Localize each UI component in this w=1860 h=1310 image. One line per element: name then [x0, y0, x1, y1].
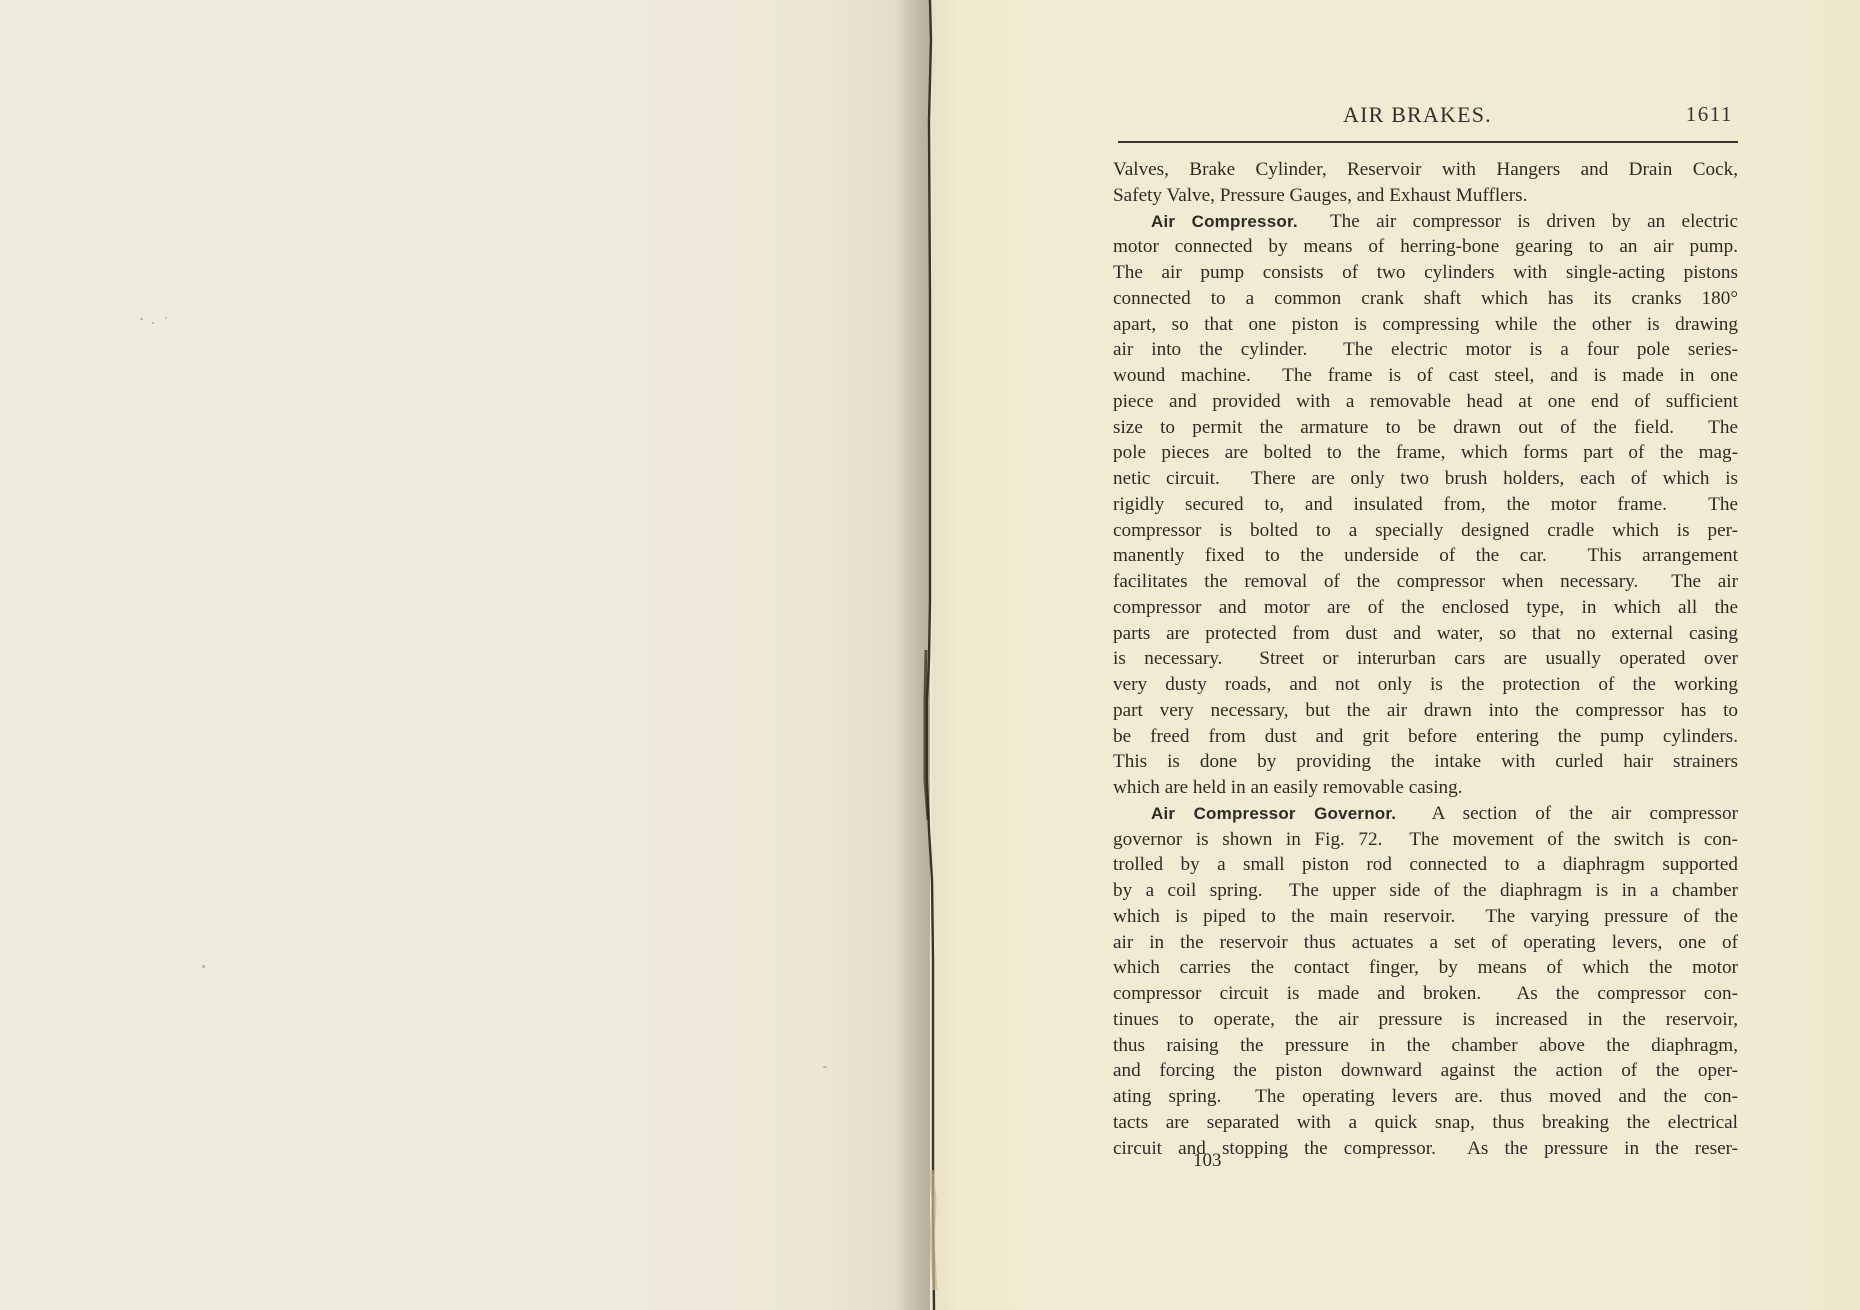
text-line: air in the reservoir thus actuates a set…: [1113, 930, 1738, 956]
text-line: ating spring. The operating levers are. …: [1113, 1084, 1738, 1110]
line-text: compressor and motor are of the enclosed…: [1113, 597, 1738, 618]
line-text: tacts are separated with a quick snap, t…: [1113, 1112, 1738, 1133]
line-text: The air pump consists of two cylinders w…: [1113, 262, 1738, 283]
text-line: piece and provided with a removable head…: [1113, 389, 1738, 415]
line-text: is necessary. Street or interurban cars …: [1113, 648, 1738, 669]
text-line: The air pump consists of two cylinders w…: [1113, 260, 1738, 286]
text-line: which are held in an easily removable ca…: [1113, 775, 1738, 801]
running-head-title: AIR BRAKES.: [1343, 102, 1492, 128]
text-line: motor connected by means of herring-bone…: [1113, 234, 1738, 260]
line-text: part very necessary, but the air drawn i…: [1113, 700, 1738, 721]
text-line: air into the cylinder. The electric moto…: [1113, 337, 1738, 363]
line-text: thus raising the pressure in the chamber…: [1113, 1035, 1738, 1056]
line-text: by a coil spring. The upper side of the …: [1113, 880, 1738, 901]
line-text: be freed from dust and grit before enter…: [1113, 726, 1738, 747]
line-text: rigidly secured to, and insulated from, …: [1113, 494, 1738, 515]
line-text: trolled by a small piston rod connected …: [1113, 854, 1738, 875]
line-text: very dusty roads, and not only is the pr…: [1113, 674, 1738, 695]
line-text: This is done by providing the intake wit…: [1113, 751, 1738, 772]
body-text: Valves, Brake Cylinder, Reservoir with H…: [1113, 157, 1738, 1161]
text-line: apart, so that one piston is compressing…: [1113, 312, 1738, 338]
text-line: tinues to operate, the air pressure is i…: [1113, 1007, 1738, 1033]
text-line: size to permit the armature to be drawn …: [1113, 415, 1738, 441]
text-line: manently fixed to the underside of the c…: [1113, 543, 1738, 569]
running-head: AIR BRAKES. 1611: [1118, 102, 1738, 136]
text-line: rigidly secured to, and insulated from, …: [1113, 492, 1738, 518]
paper-speck: [823, 1066, 827, 1068]
header-rule: [1118, 141, 1738, 143]
line-text: pole pieces are bolted to the frame, whi…: [1113, 442, 1738, 463]
paper-speck: [202, 965, 205, 968]
line-text: parts are protected from dust and water,…: [1113, 623, 1738, 644]
line-text: facilitates the removal of the compresso…: [1113, 571, 1738, 592]
line-text: size to permit the armature to be drawn …: [1113, 417, 1738, 438]
line-text: air in the reservoir thus actuates a set…: [1113, 932, 1738, 953]
paper-speck: [152, 322, 154, 324]
text-line: governor is shown in Fig. 72. The moveme…: [1113, 827, 1738, 853]
line-text: connected to a common crank shaft which …: [1113, 288, 1738, 309]
text-line: and forcing the piston downward against …: [1113, 1058, 1738, 1084]
section-heading: Air Compressor Governor.: [1151, 804, 1396, 823]
text-line: part very necessary, but the air drawn i…: [1113, 698, 1738, 724]
line-text: ating spring. The operating levers are. …: [1113, 1086, 1738, 1107]
left-page-blank: [0, 0, 930, 1310]
section-heading: Air Compressor.: [1151, 212, 1298, 231]
text-line: is necessary. Street or interurban cars …: [1113, 646, 1738, 672]
text-line: which is piped to the main reservoir. Th…: [1113, 904, 1738, 930]
line-text: A section of the air compressor: [1396, 803, 1738, 824]
line-text: compressor circuit is made and broken. A…: [1113, 983, 1738, 1004]
text-line: compressor circuit is made and broken. A…: [1113, 981, 1738, 1007]
text-line: Safety Valve, Pressure Gauges, and Exhau…: [1113, 183, 1738, 209]
text-line: pole pieces are bolted to the frame, whi…: [1113, 440, 1738, 466]
text-line: by a coil spring. The upper side of the …: [1113, 878, 1738, 904]
page-number: 1611: [1686, 102, 1733, 127]
line-text: apart, so that one piston is compressing…: [1113, 314, 1738, 335]
line-text: netic circuit. There are only two brush …: [1113, 468, 1738, 489]
line-text: tinues to operate, the air pressure is i…: [1113, 1009, 1738, 1030]
text-line: connected to a common crank shaft which …: [1113, 286, 1738, 312]
text-line: tacts are separated with a quick snap, t…: [1113, 1110, 1738, 1136]
paragraph-start-line: Air Compressor. The air compressor is dr…: [1113, 209, 1738, 235]
paper-speck: [165, 317, 167, 319]
text-line: compressor and motor are of the enclosed…: [1113, 595, 1738, 621]
paper-speck: [140, 318, 143, 320]
text-line: very dusty roads, and not only is the pr…: [1113, 672, 1738, 698]
text-line: facilitates the removal of the compresso…: [1113, 569, 1738, 595]
line-text: which is piped to the main reservoir. Th…: [1113, 906, 1738, 927]
line-text: The air compressor is driven by an elect…: [1298, 211, 1738, 232]
line-text: piece and provided with a removable head…: [1113, 391, 1738, 412]
text-line: thus raising the pressure in the chamber…: [1113, 1033, 1738, 1059]
line-text: which carries the contact finger, by mea…: [1113, 957, 1738, 978]
line-text: wound machine. The frame is of cast stee…: [1113, 365, 1738, 386]
text-line: wound machine. The frame is of cast stee…: [1113, 363, 1738, 389]
text-line: Valves, Brake Cylinder, Reservoir with H…: [1113, 157, 1738, 183]
line-text: Safety Valve, Pressure Gauges, and Exhau…: [1113, 185, 1527, 206]
line-text: manently fixed to the underside of the c…: [1113, 545, 1738, 566]
line-text: air into the cylinder. The electric moto…: [1113, 339, 1738, 360]
text-line: netic circuit. There are only two brush …: [1113, 466, 1738, 492]
paragraph-start-line: Air Compressor Governor. A section of th…: [1113, 801, 1738, 827]
signature-mark: 103: [1193, 1150, 1222, 1172]
text-line: trolled by a small piston rod connected …: [1113, 852, 1738, 878]
text-line: parts are protected from dust and water,…: [1113, 621, 1738, 647]
text-line: compressor is bolted to a specially desi…: [1113, 518, 1738, 544]
text-line: which carries the contact finger, by mea…: [1113, 955, 1738, 981]
line-text: Valves, Brake Cylinder, Reservoir with H…: [1113, 159, 1738, 180]
text-line: This is done by providing the intake wit…: [1113, 749, 1738, 775]
line-text: which are held in an easily removable ca…: [1113, 777, 1463, 798]
text-line: be freed from dust and grit before enter…: [1113, 724, 1738, 750]
line-text: and forcing the piston downward against …: [1113, 1060, 1738, 1081]
line-text: motor connected by means of herring-bone…: [1113, 236, 1738, 257]
line-text: compressor is bolted to a specially desi…: [1113, 520, 1738, 541]
line-text: governor is shown in Fig. 72. The moveme…: [1113, 829, 1738, 850]
